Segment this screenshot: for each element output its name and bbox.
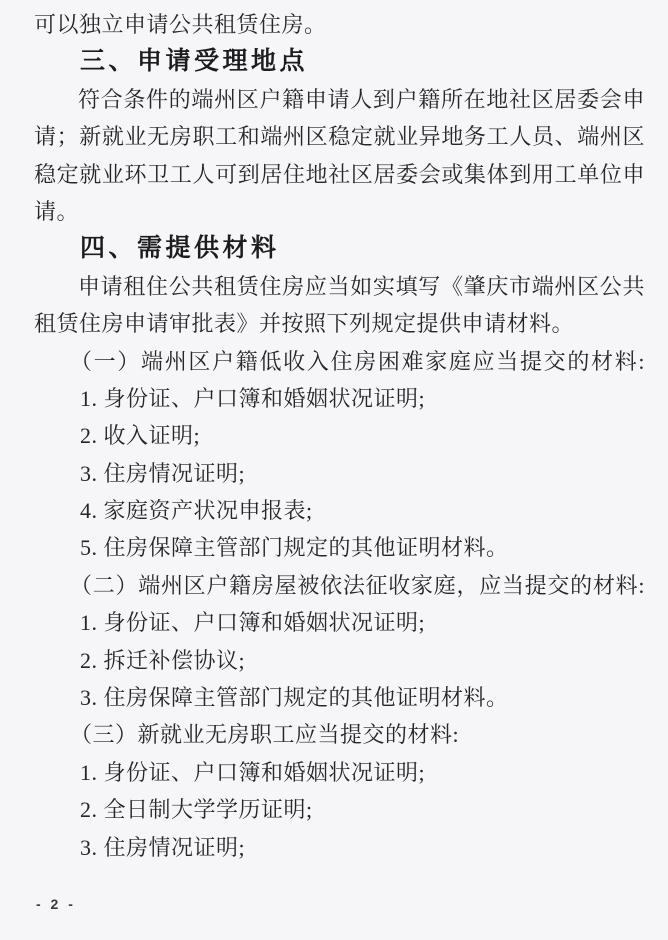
list-item: 2. 拆迁补偿协议; <box>34 642 645 679</box>
body-line: 稳定就业环卫工人可到居住地社区居委会或集体到用工单位申 <box>34 156 645 193</box>
list-item: 2. 全日制大学学历证明; <box>34 791 645 828</box>
document-page: 可以独立申请公共租赁住房。 三、申请受理地点 符合条件的端州区户籍申请人到户籍所… <box>0 0 668 940</box>
list-item: 3. 住房情况证明; <box>34 829 645 866</box>
list-item: 2. 收入证明; <box>34 417 645 454</box>
body-line: 申请租住公共租赁住房应当如实填写《肇庆市端州区公共 <box>34 268 645 305</box>
list-item: 1. 身份证、户口簿和婚姻状况证明; <box>34 604 645 641</box>
list-item: 4. 家庭资产状况申报表; <box>34 492 645 529</box>
page-number: - 2 - <box>36 896 76 912</box>
list-item: 3. 住房情况证明; <box>34 455 645 492</box>
list-item: 5. 住房保障主管部门规定的其他证明材料。 <box>34 529 645 566</box>
sub-heading-item-2: （二）端州区户籍房屋被依法征收家庭，应当提交的材料: <box>34 567 645 604</box>
body-line: 符合条件的端州区户籍申请人到户籍所在地社区居委会申 <box>34 81 645 118</box>
body-line: 请。 <box>34 193 645 230</box>
section-heading-4: 四、需提供材料 <box>34 230 645 267</box>
body-line: 租赁住房申请审批表》并按照下列规定提供申请材料。 <box>34 305 645 342</box>
list-item: 1. 身份证、户口簿和婚姻状况证明; <box>34 380 645 417</box>
sub-heading-item-1: （一）端州区户籍低收入住房困难家庭应当提交的材料: <box>34 343 645 380</box>
list-item: 1. 身份证、户口簿和婚姻状况证明; <box>34 754 645 791</box>
sub-heading-item-3: （三）新就业无房职工应当提交的材料: <box>34 716 645 753</box>
body-line: 请；新就业无房职工和端州区稳定就业异地务工人员、端州区 <box>34 118 645 155</box>
section-heading-3: 三、申请受理地点 <box>34 43 645 80</box>
body-line: 可以独立申请公共租赁住房。 <box>34 6 645 43</box>
list-item: 3. 住房保障主管部门规定的其他证明材料。 <box>34 679 645 716</box>
